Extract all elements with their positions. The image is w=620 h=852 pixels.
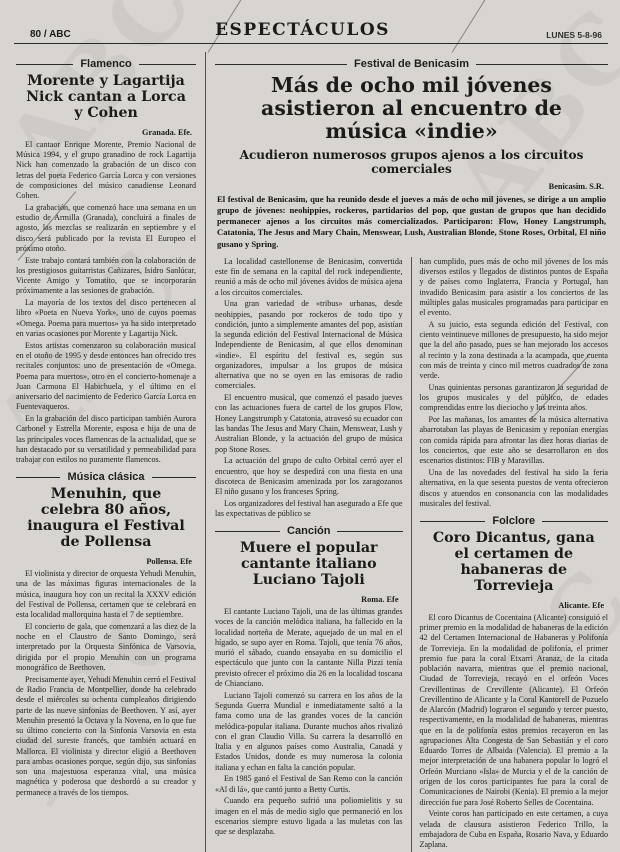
page-content: Flamenco Morente y Lagartija Nick cantan…: [14, 52, 608, 852]
article-cancion: Canción Muere el popular cantante italia…: [215, 525, 403, 837]
kicker-label: Flamenco: [80, 58, 131, 70]
flamenco-dateline: Granada. Efe.: [20, 128, 192, 137]
cancion-paragraph: El cantante Luciano Tajoli, una de las ú…: [215, 607, 403, 689]
benicasim-paragraph: Una de las novedades del festival ha sid…: [420, 468, 609, 509]
folclore-headline: Coro Dicantus, gana el certamen de haban…: [424, 531, 605, 595]
kicker-rule: [215, 64, 347, 65]
kicker-rule: [16, 477, 60, 478]
flamenco-paragraph: La grabación, que comenzó hace una seman…: [16, 203, 196, 254]
kicker-rule: [476, 64, 608, 65]
newspaper-page: 80 / ABC ESPECTÁCULOS LUNES 5-8-96 Flame…: [0, 0, 620, 852]
flamenco-kicker: Flamenco: [16, 58, 196, 70]
kicker-label: Música clásica: [67, 471, 144, 483]
kicker-rule: [542, 521, 608, 522]
benicasim-paragraph: han cumplido, pues más de ocho mil jóven…: [420, 257, 609, 319]
right-area: Festival de Benicasim Más de ocho mil jó…: [206, 52, 608, 852]
benicasim-dateline: Benicasim. S.R.: [219, 182, 604, 191]
musica-clasica-paragraph: El concierto de gala, que comenzará a la…: [16, 622, 196, 673]
kicker-rule: [139, 64, 196, 65]
kicker-rule: [16, 64, 73, 65]
benicasim-subhead: Acudieron numerosos grupos ajenos a los …: [217, 148, 606, 176]
kicker-rule: [215, 531, 280, 532]
benicasim-paragraph: A su juicio, esta segunda edición del Fe…: [420, 320, 609, 382]
kicker-rule: [152, 477, 196, 478]
benicasim-paragraph: Una gran variedad de «tribus» urbanas, d…: [215, 299, 403, 391]
flamenco-paragraph: Este trabajo contará también con la cola…: [16, 256, 196, 297]
kicker-label: Folclore: [492, 515, 535, 527]
benicasim-paragraph: Por las mañanas, los amantes de la músic…: [420, 415, 609, 466]
section-title: ESPECTÁCULOS: [215, 20, 390, 40]
flamenco-paragraph: El cantaor Enrique Morente, Premio Nacio…: [16, 140, 196, 202]
musica-clasica-headline: Menuhin, que celebra 80 años, inaugura e…: [20, 487, 192, 551]
left-column: Flamenco Morente y Lagartija Nick cantan…: [14, 52, 206, 852]
kicker-label: Festival de Benicasim: [354, 58, 469, 70]
kicker-label: Canción: [287, 525, 330, 537]
flamenco-paragraph: En la grabación del disco participan tam…: [16, 414, 196, 465]
kicker-rule: [337, 531, 402, 532]
flamenco-paragraph: La mayoría de los textos del disco perte…: [16, 298, 196, 339]
musica-clasica-paragraph: Precisamente ayer, Yehudi Menuhin cerró …: [16, 675, 196, 798]
benicasim-lead: El festival de Benicasim, que ha reunido…: [217, 194, 606, 250]
two-column-body: La localidad castellonense de Benicasim,…: [215, 257, 608, 852]
benicasim-headline: Más de ocho mil jóvenes asistieron al en…: [217, 74, 606, 143]
musica-clasica-dateline: Pollensa. Efe: [20, 557, 192, 566]
folclore-paragraph: Veinte coros han participado en este cer…: [420, 809, 609, 850]
cancion-dateline: Roma. Efe: [219, 595, 399, 604]
kicker-rule: [420, 521, 486, 522]
flamenco-headline: Morente y Lagartija Nick cantan a Lorca …: [20, 74, 192, 122]
cancion-paragraph: Luciano Tajoli comenzó su carrera en los…: [215, 691, 403, 773]
cancion-paragraph: En 1985 ganó el Festival de San Remo con…: [215, 774, 403, 795]
article-flamenco: Flamenco Morente y Lagartija Nick cantan…: [16, 58, 196, 465]
benicasim-kicker: Festival de Benicasim: [215, 58, 608, 70]
article-musica-clasica: Música clásica Menuhin, que celebra 80 a…: [16, 471, 196, 797]
center-column: La localidad castellonense de Benicasim,…: [215, 257, 412, 852]
article-benicasim: Festival de Benicasim Más de ocho mil jó…: [215, 58, 608, 250]
right-column: han cumplido, pues más de ocho mil jóven…: [412, 257, 609, 852]
flamenco-paragraph: Estos artistas comenzaron su colaboració…: [16, 341, 196, 413]
cancion-paragraph: Cuando era pequeño sufrió una poliomieli…: [215, 796, 403, 837]
folclore-kicker: Folclore: [420, 515, 609, 527]
folclore-paragraph: El coro Dicantus de Cocentaina (Alicante…: [420, 613, 609, 808]
benicasim-paragraph: La actuación del grupo de culto Orbital …: [215, 456, 403, 497]
folclore-dateline: Alicante. Efe: [424, 601, 605, 610]
musica-clasica-paragraph: El violinista y director de orquesta Yeh…: [16, 569, 196, 620]
cancion-kicker: Canción: [215, 525, 403, 537]
page-number: 80 / ABC: [30, 29, 71, 40]
benicasim-paragraph: La localidad castellonense de Benicasim,…: [215, 257, 403, 298]
article-folclore: Folclore Coro Dicantus, gana el certamen…: [420, 515, 609, 850]
benicasim-paragraph: Unas quinientas personas garantizaron la…: [420, 383, 609, 414]
benicasim-paragraph: El encuentro musical, que comenzó el pas…: [215, 393, 403, 455]
masthead: 80 / ABC ESPECTÁCULOS LUNES 5-8-96: [14, 14, 608, 44]
cancion-headline: Muere el popular cantante italiano Lucia…: [219, 541, 399, 589]
musica-clasica-kicker: Música clásica: [16, 471, 196, 483]
issue-date: LUNES 5-8-96: [546, 30, 602, 40]
benicasim-paragraph: Los organizadores del festival han asegu…: [215, 499, 403, 520]
